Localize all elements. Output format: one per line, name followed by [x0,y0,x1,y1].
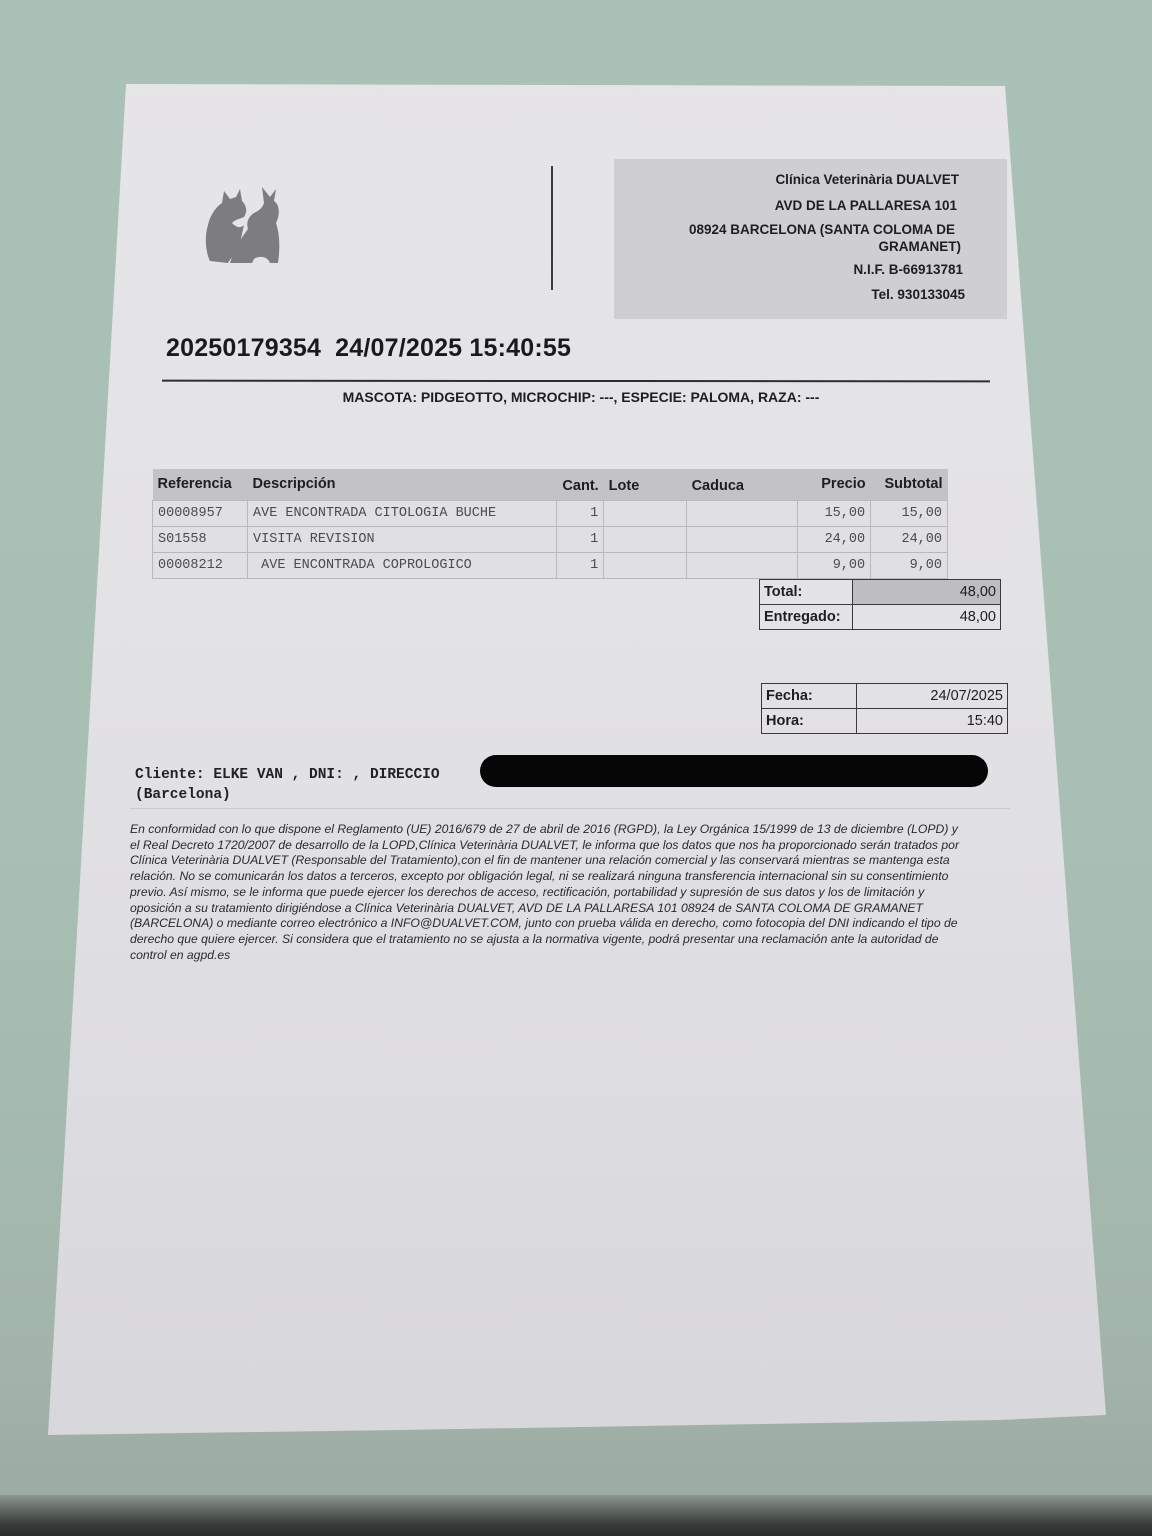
total-value: 48,00 [853,580,1001,605]
cell-ref: S01558 [153,527,248,553]
cell-desc: VISITA REVISION [248,527,557,553]
items-table: Referencia Descripción Cant. Lote Caduca… [152,469,948,579]
cell-lote [604,527,687,553]
fecha-value: 24/07/2025 [857,684,1008,709]
entregado-value: 48,00 [853,605,1001,630]
legal-line: derecho que quiere ejercer. Si considera… [130,932,1030,948]
cell-ref: 00008212 [153,553,248,579]
clinic-nif: N.I.F. B-66913781 [853,262,963,277]
legal-line: oposición a su tratamiento dirigiéndose … [130,901,1030,917]
clinic-city-line1: 08924 BARCELONA (SANTA COLOMA DE [689,222,955,237]
cell-caduca [687,553,798,579]
pet-info-line: MASCOTA: PIDGEOTTO, MICROCHIP: ---, ESPE… [162,389,1000,405]
col-descripcion: Descripción [248,469,557,501]
table-row: 00008957 AVE ENCONTRADA CITOLOGIA BUCHE … [153,501,948,527]
client-line1: Cliente: ELKE VAN , DNI: , DIRECCIO [135,765,440,785]
legal-line: (BARCELONA) o mediante correo electrónic… [130,916,1030,932]
cell-desc: AVE ENCONTRADA COPROLOGICO [248,553,557,579]
col-precio: Precio [798,469,871,501]
invoice-datetime: 24/07/2025 15:40:55 [335,334,571,362]
cell-lote [604,501,687,527]
redaction-mark [480,755,988,787]
hora-row: Hora: 15:40 [762,709,1008,734]
header-rule [162,380,990,383]
col-caduca: Caduca [687,469,798,501]
table-row: S01558 VISITA REVISION 1 24,00 24,00 [153,527,948,553]
hora-value: 15:40 [857,709,1008,734]
cell-qty: 1 [557,501,604,527]
legal-line: el Real Decreto 1720/2007 de desarrollo … [130,838,1030,854]
total-label: Total: [760,580,853,605]
hora-label: Hora: [762,709,857,734]
cell-precio: 15,00 [798,501,871,527]
totals-box: Total: 48,00 Entregado: 48,00 [759,579,1001,630]
col-subtotal: Subtotal [871,469,948,501]
col-lote: Lote [604,469,687,501]
receipt-content: Clínica Veterinària DUALVET AVD DE LA PA… [0,0,1152,1536]
cell-precio: 9,00 [798,553,871,579]
clinic-tel: Tel. 930133045 [871,287,965,302]
total-row: Total: 48,00 [760,580,1001,605]
col-referencia: Referencia [153,469,248,501]
date-box: Fecha: 24/07/2025 Hora: 15:40 [761,683,1008,734]
legal-line: previo. Así mismo, se le informa que pue… [130,885,1030,901]
cell-subtotal: 9,00 [871,553,948,579]
cell-subtotal: 15,00 [871,501,948,527]
cell-precio: 24,00 [798,527,871,553]
client-rule [130,808,1010,809]
cell-qty: 1 [557,553,604,579]
clinic-city-line2: GRAMANET) [879,239,962,254]
cell-qty: 1 [557,527,604,553]
legal-line: control en agpd.es [130,948,1030,964]
client-line2: (Barcelona) [135,785,440,805]
clinic-info-box: Clínica Veterinària DUALVET AVD DE LA PA… [614,159,1007,319]
legal-line: relación. No se comunicarán los datos a … [130,869,1030,885]
clinic-name: Clínica Veterinària DUALVET [775,172,959,187]
invoice-number: 20250179354 [166,334,321,362]
items-table-header: Referencia Descripción Cant. Lote Caduca… [153,469,948,501]
fecha-label: Fecha: [762,684,857,709]
legal-line: En conformidad con lo que dispone el Reg… [130,822,1030,838]
legal-line: Clínica Veterinària DUALVET (Responsable… [130,853,1030,869]
table-row: 00008212 AVE ENCONTRADA COPROLOGICO 1 9,… [153,553,948,579]
cell-caduca [687,527,798,553]
client-info: Cliente: ELKE VAN , DNI: , DIRECCIO(Barc… [135,765,440,805]
cell-subtotal: 24,00 [871,527,948,553]
invoice-header: 2025017935424/07/2025 15:40:55 [166,334,585,363]
clinic-address: AVD DE LA PALLARESA 101 [775,198,957,213]
fecha-row: Fecha: 24/07/2025 [762,684,1008,709]
entregado-row: Entregado: 48,00 [760,605,1001,630]
legal-notice: En conformidad con lo que dispone el Reg… [130,822,1030,963]
cat-and-rabbit-silhouette-icon [200,183,292,265]
entregado-label: Entregado: [760,605,853,630]
cell-lote [604,553,687,579]
cell-ref: 00008957 [153,501,248,527]
cell-desc: AVE ENCONTRADA CITOLOGIA BUCHE [248,501,557,527]
col-cantidad: Cant. [557,469,604,501]
header-divider [551,166,553,290]
cell-caduca [687,501,798,527]
